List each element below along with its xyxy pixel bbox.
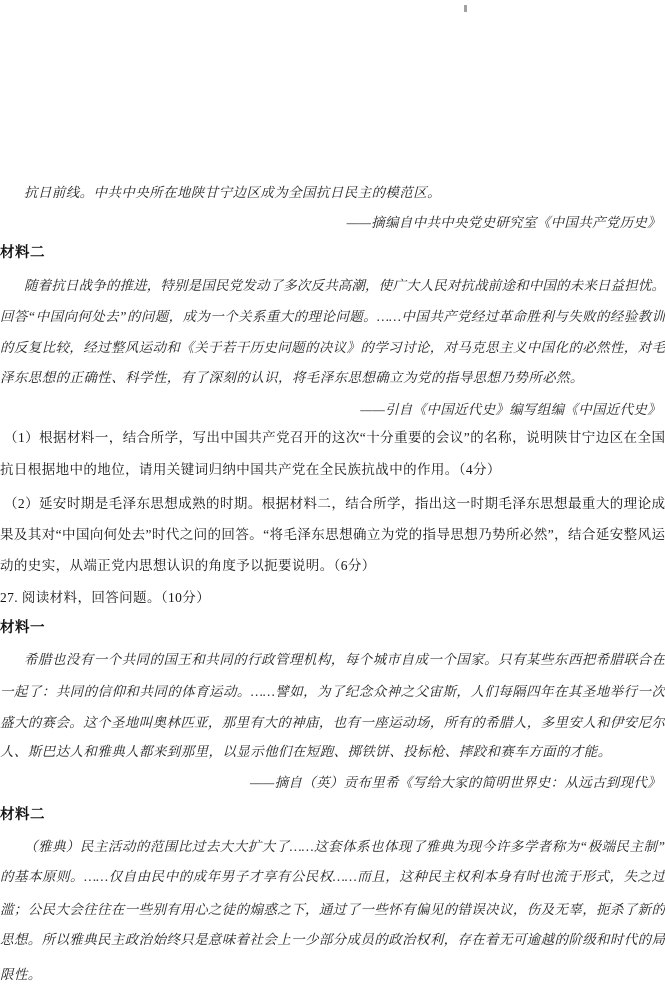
question-27-header: 27. 阅读材料，回答问题。（10分） [0, 582, 665, 614]
material2-heading: 材料二 [0, 237, 665, 269]
question-2-line: 动的史实，从端正党内思想认识的角度予以扼要说明。（6分） [0, 550, 665, 582]
scan-artifact [464, 5, 467, 12]
material-quote-line: 回答“中国向何处去”的问题，成为一个关系重大的理论问题。……中国共产党经过革命胜… [0, 301, 665, 333]
material1-citation: ——摘自（英）贡布里希《写给大家的简明世界史：从远古到现代》 [0, 767, 665, 799]
question-2-line: 果及其对“中国向何处去”时代之问的回答。“将毛泽东思想确立为党的指导思想乃势所必… [0, 519, 665, 551]
material-quote-line: 人、斯巴达人和雅典人都来到那里，以显示他们在短跑、掷铁饼、投标枪、摔跤和赛车方面… [0, 736, 665, 768]
material-quote-line: 抗日前线。中共中央所在地陕甘宁边区成为全国抗日民主的模范区。 [0, 177, 665, 209]
material-quote-line: 限性。 [0, 959, 665, 988]
material-quote-line: 的基本原则。……仅自由民中的成年男子才享有公民权……而且，这种民主权利本身有时也… [0, 861, 665, 893]
question-1-line: （1）根据材料一，结合所学，写出中国共产党召开的这次“十分重要的会议”的名称，说… [0, 422, 665, 454]
material-quote-line: 思想。所以雅典民主政治始终只是意味着社会上一少部分成员的政治权利，存在着无可逾越… [0, 924, 665, 956]
material-quote-line: 希腊也没有一个共同的国王和共同的行政管理机构，每个城市自成一个国家。只有某些东西… [0, 644, 665, 676]
material-quote-line: 随着抗日战争的推进，特别是国民党发动了多次反共高潮，使广大人民对抗战前途和中国的… [0, 270, 665, 302]
material1-citation: ——摘编自中共中央党史研究室《中国共产党历史》 [0, 207, 665, 239]
material1-heading: 材料一 [0, 612, 665, 644]
exam-page: 抗日前线。中共中央所在地陕甘宁边区成为全国抗日民主的模范区。 ——摘编自中共中央… [0, 0, 665, 988]
material-quote-line: 滥；公民大会往往在一些别有用心之徒的煽惑之下，通过了一些怀有偏见的错误决议，伤及… [0, 894, 665, 926]
material-quote-line: （雅典）民主活动的范围比过去大大扩大了……这套体系也体现了雅典为现今许多学者称为… [0, 831, 665, 863]
material-quote-line: 盛大的赛会。这个圣地叫奥林匹亚，那里有大的神庙，也有一座运动场，所有的希腊人，多… [0, 707, 665, 739]
question-1-line: 抗日根据地中的地位，请用关键词归纳中国共产党在全民族抗战中的作用。（4分） [0, 454, 665, 486]
material-quote-line: 的反复比较，经过整风运动和《关于若干历史问题的决议》的学习讨论，对马克思主义中国… [0, 332, 665, 364]
material-quote-line: 一起了：共同的信仰和共同的体育运动。……譬如，为了纪念众神之父宙斯，人们每隔四年… [0, 676, 665, 708]
material2-heading: 材料二 [0, 799, 665, 831]
material-quote-line: 泽东思想的正确性、科学性，有了深刻的认识，将毛泽东思想确立为党的指导思想乃势所必… [0, 362, 665, 394]
question-2-line: （2）延安时期是毛泽东思想成熟的时期。根据材料二，结合所学，指出这一时期毛泽东思… [0, 488, 665, 520]
